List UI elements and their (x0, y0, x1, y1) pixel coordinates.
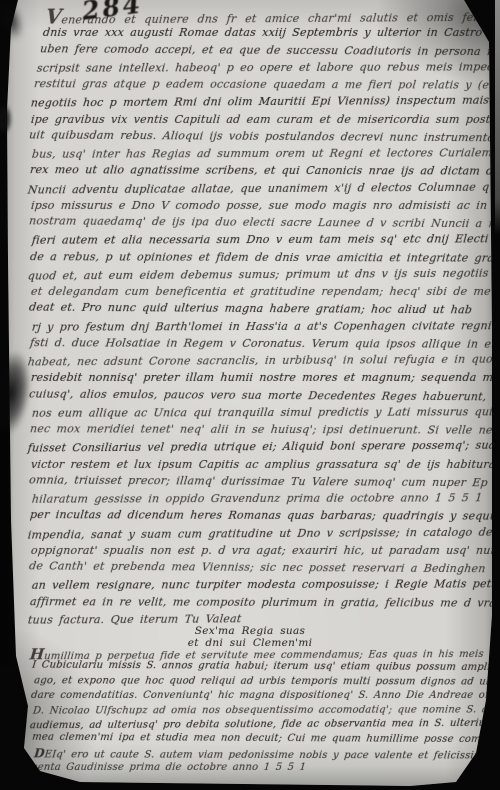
manuscript-line: habeat, nec adsunt Corone sacranclis, in… (27, 352, 500, 368)
manuscript-line: nos eum allique ac Unica qui tranquilla … (31, 405, 500, 420)
manuscript-line: fuisset Consiliarius vel predia utrique … (27, 439, 500, 455)
manuscript-line: an vellem resignare, nunc turpiter modes… (31, 577, 500, 592)
manuscript-line: bus, usq' inter has Regias ad summum ore… (31, 146, 500, 160)
left-edge-shadow (0, 430, 11, 665)
postscript-line: dare comendatitias. Conveniuntq' hic mag… (30, 690, 500, 702)
manuscript-text-layer: Venerando et quinere dns fr et amice cha… (0, 0, 500, 790)
manuscript-line: Nuncii adventu duplicatae allatae, que u… (27, 180, 500, 196)
manuscript-line: restitui gras atque p eadem occasione qu… (33, 77, 500, 92)
manuscript-line: deat et. Pro nunc quid ulterius magna ha… (28, 301, 472, 317)
manuscript-line: et delegandam cum beneficentia et gratit… (30, 285, 500, 298)
manuscript-line: fieri autem et alia necessaria sum Dno v… (31, 232, 500, 247)
adjacent-page-edge (495, 0, 500, 235)
postscript-line: I Cubiculariu missis S. annos gratia hab… (31, 660, 500, 675)
manuscript-line: impendia, sanat y suam cum gratitudine u… (27, 525, 500, 541)
manuscript-line: quod et, aut eum eidem debemus sumus; pr… (27, 266, 500, 282)
manuscript-line: oppignorat' spualis non est p. d vra aga… (30, 544, 500, 557)
manuscript-line: uit quibusdam rebus. Alioqui ijs vobis p… (28, 128, 500, 144)
manuscript-line: cuiusq', alios emulos, paucos vero sua m… (28, 387, 500, 403)
manuscript-line: rj y pro festum dnj Barth'lomei in Hass'… (31, 319, 492, 333)
manuscript-line: per incultas ad dicendum heres Romanas q… (29, 508, 500, 523)
postscript-line: ago, et expono que hoc quod reliqui ad u… (33, 675, 500, 688)
manuscript-line: affirmet ea in re velit, me composito pl… (29, 595, 500, 610)
manuscript-line: scripsit sane intellexi. habeoq' p eo op… (36, 60, 500, 75)
postscript-line: D. Nicolao Ulfschupz ad omia nos obseque… (32, 704, 500, 717)
manuscript-line: hilaratum gessisse in oppido Gravendunz … (31, 491, 483, 505)
manuscript-line: dnis vrae xxx augusti Romae datas xxiij … (42, 26, 500, 39)
manuscript-line: omnia, triuisset precor; illamq' durissi… (28, 473, 500, 489)
manuscript-line: de Canth' et prebenda mea Vienniss; sic … (28, 559, 500, 575)
manuscript-line: ipe gravibus vix ventis Capituli ad eam … (30, 113, 500, 126)
postscript-line: audiemus, ad ulteriusq' pro debita solut… (29, 718, 500, 733)
manuscript-line: victor restem et lux ipsum Capitis ac am… (30, 458, 500, 471)
manuscript-line: residebit nonnisq' preter illam humii no… (30, 371, 500, 384)
manuscript-line: de a rebus, p ut opiniones et fidem de d… (29, 250, 500, 265)
manuscript-line: Venerando et quinere dns fr et amice cha… (45, 7, 500, 26)
postscript-line: uenta Gaudinisse prima die octobre anno … (30, 762, 306, 774)
closing-line: Sex'ma Regia suas (0, 625, 500, 637)
manuscript-page: 284 Venerando et quinere dns fr et amice… (0, 0, 500, 790)
manuscript-line: uben fere comodo accepi, et ea que de su… (39, 42, 500, 58)
manuscript-line: rex meo ut alio agnatissime scribens, et… (29, 163, 500, 178)
postscript-line: mea clemen'mi ipa et studia mea non decu… (31, 732, 500, 747)
manuscript-line: nec mox meridiei tenet' neq' alii in se … (29, 422, 499, 436)
manuscript-photo: 284 Venerando et quinere dns fr et amice… (0, 0, 500, 790)
manuscript-line: nostram quaedamq' de ijs ipa duo electi … (28, 214, 500, 230)
manuscript-line: ipso missurus e Dno V comodo posse, sue … (30, 199, 500, 212)
manuscript-line: negotiis hoc p mortem Rmi dni olim Mauri… (30, 94, 500, 110)
manuscript-line: fsti d. duce Holsatiae in Regem v Corona… (29, 336, 500, 351)
postscript-line: DEIq' ero ut caute S. autem viam pedonis… (33, 747, 500, 762)
